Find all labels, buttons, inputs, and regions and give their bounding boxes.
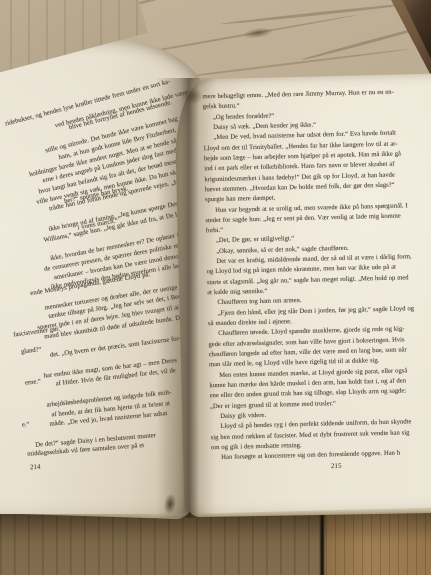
page-text-line: forbi.“ (206, 226, 224, 235)
page-text-line: erne.“ (25, 378, 42, 388)
page-text-line: om og gik i den modsatte retning. (211, 441, 302, 452)
left-page: ridebukser, og hendes lyse krøller titte… (0, 40, 208, 514)
spine-top-shadow (176, 84, 208, 108)
page-text-line: „Og hendes forældre?“ (203, 111, 275, 122)
right-page: mere behageligt emne. „Med den rare Jimm… (174, 73, 431, 514)
page-text-line: Chaufføren tog ham om armen. (207, 296, 301, 307)
wood-knot (235, 23, 281, 43)
page-number-left: 214 (30, 463, 41, 472)
page-text-line: gland?“ (20, 346, 41, 356)
page-text-line: „Det, De gør, er utilgiveligt.“ (206, 235, 295, 246)
page-text-line: at kalde mig sønnike.“ (207, 287, 267, 297)
page-text-line: gelsk hustru.“ (203, 102, 240, 112)
photo-of-open-book-on-table: ridebukser, og hendes lyse krøller titte… (0, 0, 431, 575)
page-text-line: spurgte han mere dæmpet. (205, 194, 276, 205)
page-text-line: det. „Og hvem er det præcis, som fascist… (50, 335, 182, 360)
page-text-line: så manden direkte ind i øjnene. (208, 317, 292, 328)
page-text-line: Daisy gik videre. (210, 411, 266, 421)
page-text-line: „Der er ingen grund til at komme med tru… (210, 399, 336, 411)
page-number-right: 215 (331, 462, 342, 470)
page-text-line: e.“ (22, 421, 30, 430)
page-text-line: mere behageligt emne. „Med den rare Jimm… (202, 88, 394, 102)
